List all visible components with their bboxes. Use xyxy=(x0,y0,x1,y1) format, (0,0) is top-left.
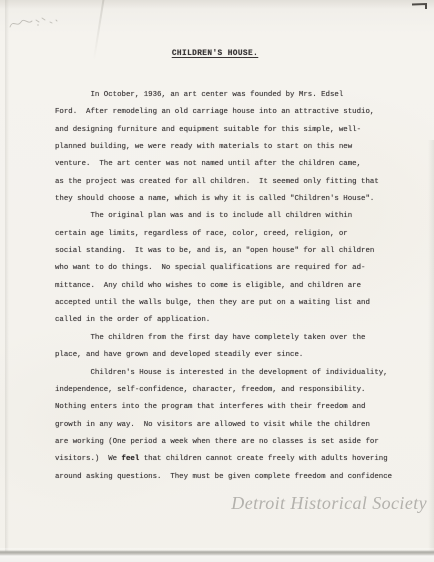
paper-bottom-edge xyxy=(0,548,434,562)
typed-line: social standing. It was to be, and is, a… xyxy=(55,243,392,260)
paper-left-shade xyxy=(5,0,9,562)
typed-line: certain age limits, regardless of race, … xyxy=(55,226,392,243)
corner-clip-mark xyxy=(411,1,431,11)
typed-line: The original plan was and is to include … xyxy=(55,208,392,225)
typed-line: around asking questions. They must be gi… xyxy=(55,469,392,486)
watermark-text: Detroit Historical Society xyxy=(231,493,427,514)
pencil-scribble-mark xyxy=(8,13,66,35)
typed-line: The children from the first day have com… xyxy=(55,330,392,347)
typed-line: they should choose a name, which is why … xyxy=(55,191,392,208)
typed-line: planned building, we were ready with mat… xyxy=(55,139,392,156)
typed-line: In October, 1936, an art center was foun… xyxy=(55,87,392,104)
paper-right-shade xyxy=(428,140,434,560)
typed-line: are working (One period a week when ther… xyxy=(55,434,392,451)
typed-line: Ford. After remodeling an old carriage h… xyxy=(55,104,392,121)
typed-line: who want to do things. No special qualif… xyxy=(55,260,392,277)
typed-line: and designing furniture and equipment su… xyxy=(55,122,392,139)
typed-line: Nothing enters into the program that int… xyxy=(55,399,392,416)
typed-line: accepted until the walls bulge, then the… xyxy=(55,295,392,312)
typed-line: as the project was created for all child… xyxy=(55,174,392,191)
typed-line: mittance. Any child who wishes to come i… xyxy=(55,278,392,295)
typed-line: growth in any way. No visitors are allow… xyxy=(55,417,392,434)
typed-line: visitors.) We feel that children cannot … xyxy=(55,451,392,468)
scanned-document-page: CHILDREN'S HOUSE. In October, 1936, an a… xyxy=(0,0,434,562)
typed-line: called in the order of application. xyxy=(55,312,392,329)
typed-line: venture. The art center was not named un… xyxy=(55,156,392,173)
document-title: CHILDREN'S HOUSE. xyxy=(0,50,430,58)
typed-line: Children's House is interested in the de… xyxy=(55,365,392,382)
typed-line: independence, self-confidence, character… xyxy=(55,382,392,399)
typed-lines: In October, 1936, an art center was foun… xyxy=(55,87,392,486)
paper-top-edge xyxy=(0,0,434,9)
typed-line: place, and have grown and developed stea… xyxy=(55,347,392,364)
